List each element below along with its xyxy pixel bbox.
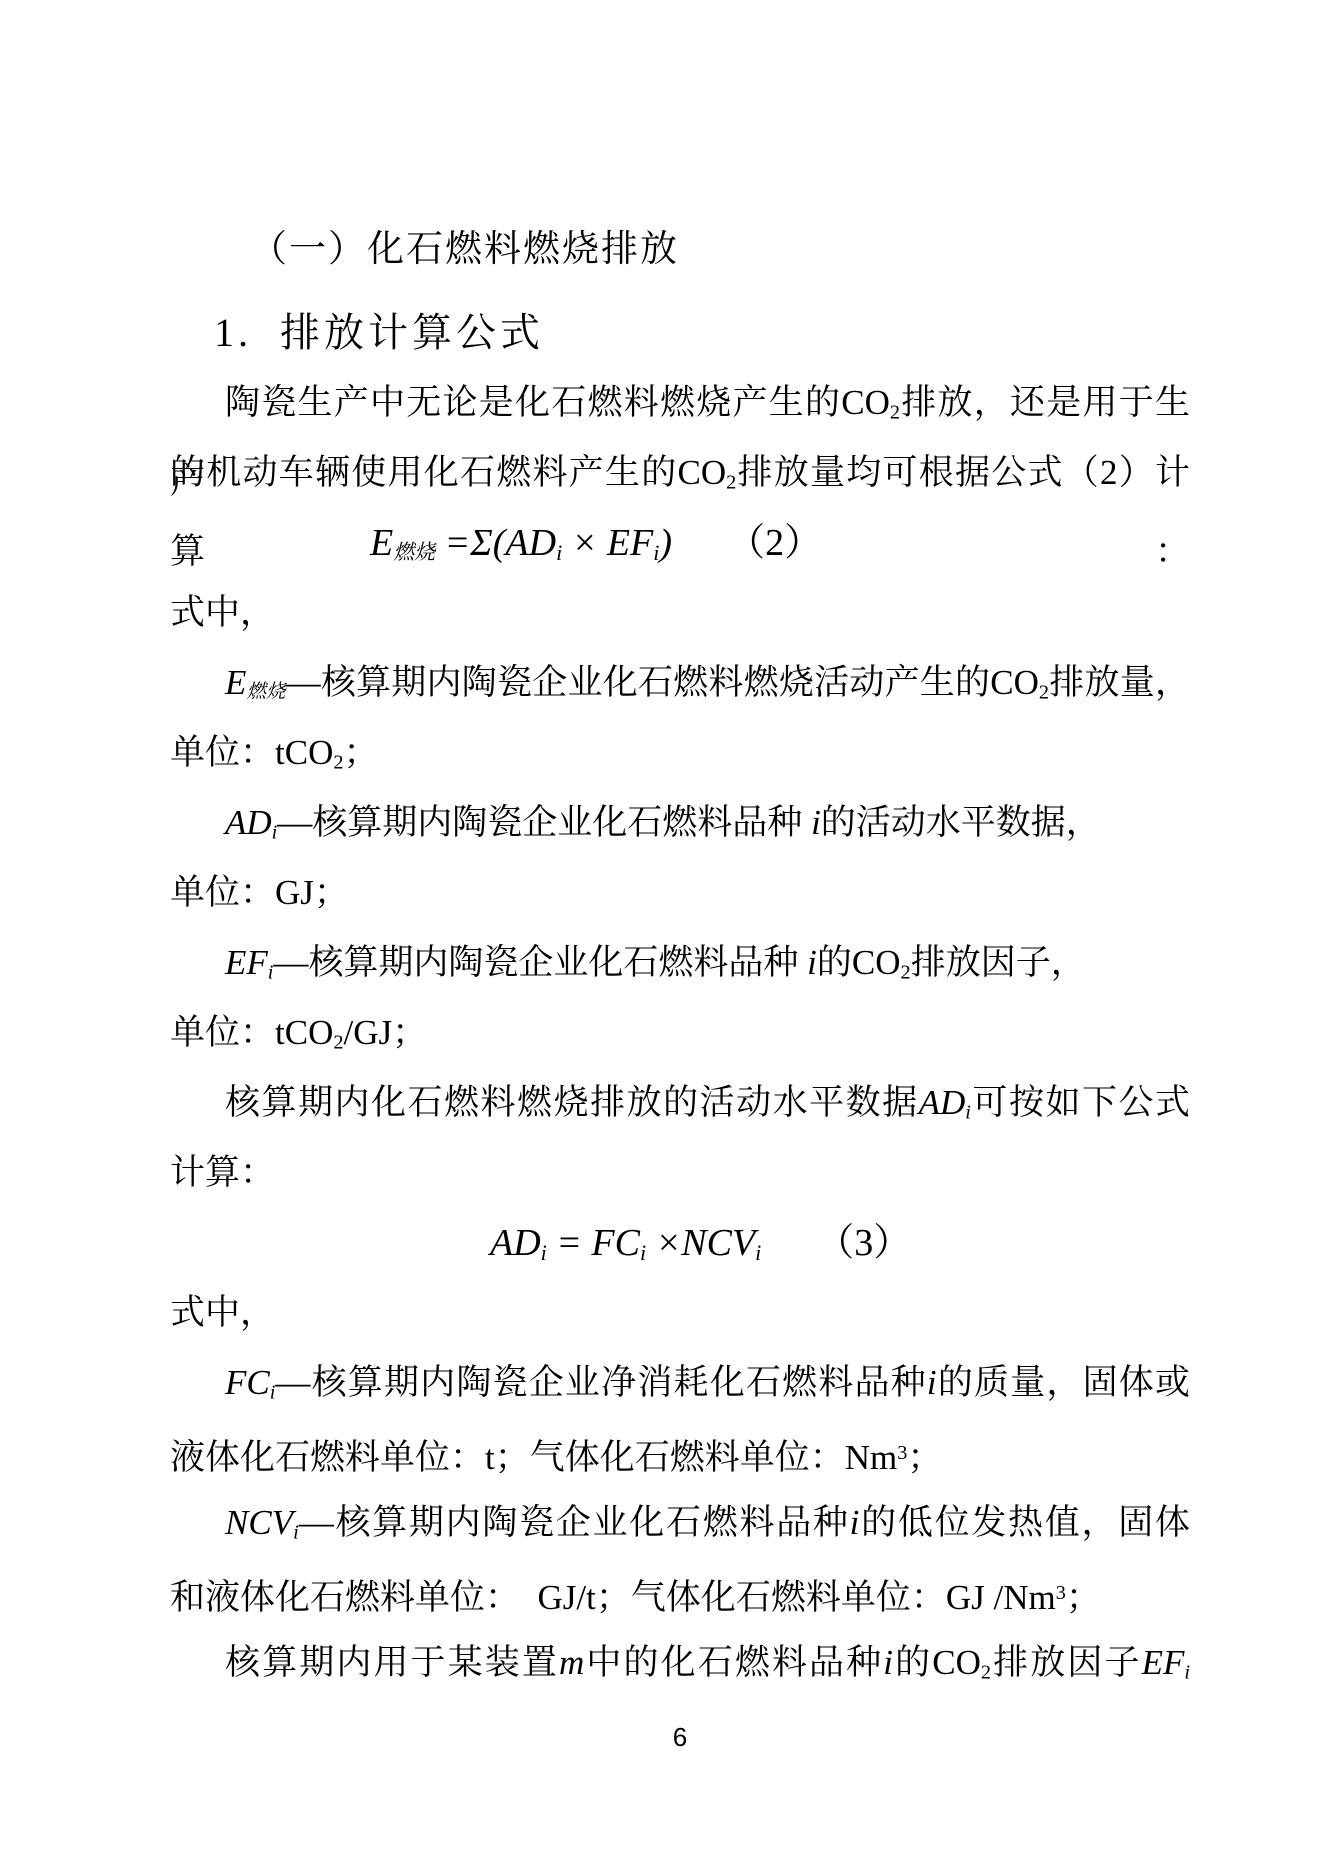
unit-line-tco2-gj: 单位：tCO2/GJ； [170,998,1190,1068]
unit-line-heat-value: 和液体化石燃料单位： GJ/t；气体化石燃料单位：GJ /Nm3； [170,1558,1190,1628]
body-line: 核算期内化石燃料燃烧排放的活动水平数据ADi可按如下公式 [170,1068,1190,1138]
definition-line-e: E燃烧—核算期内陶瓷企业化石燃料燃烧活动产生的CO2排放量， [170,648,1190,718]
subsection-heading: 1. 排放计算公式 [170,298,1190,368]
unit-line-fuel-mass: 液体化石燃料单位：t；气体化石燃料单位：Nm3； [170,1418,1190,1488]
document-page: （一）化石燃料燃烧排放 1. 排放计算公式 陶瓷生产中无论是化石燃料燃烧产生的C… [0,0,1323,1871]
page-number: 6 [170,1712,1190,1762]
unit-line-tco2: 单位：tCO2； [170,718,1190,788]
body-line: 核算期内用于某装置m中的化石燃料品种i的CO2排放因子EFi [170,1628,1190,1698]
definition-line-fc: FCi—核算期内陶瓷企业净消耗化石燃料品种i的质量，固体或 [170,1348,1190,1418]
definition-line-ad: ADi—核算期内陶瓷企业化石燃料品种 i的活动水平数据， [170,788,1190,858]
unit-line-gj: 单位：GJ； [170,858,1190,928]
formula-equation-3: ADi = FCi ×NCVi（3） [170,1208,1190,1278]
formula-equation-2: E燃烧 =Σ(ADi × EFi)（2） [170,508,1190,578]
body-line: 的机动车辆使用化石燃料产生的CO2排放量均可根据公式（2）计算： [170,438,1190,508]
body-line-continuation: 计算： [170,1138,1190,1208]
section-heading: （一）化石燃料燃烧排放 [170,215,1190,285]
formula-intro-label: 式中， [170,1278,1190,1348]
body-line: 陶瓷生产中无论是化石燃料燃烧产生的CO2排放，还是用于生产 [170,368,1190,438]
formula-intro-label: 式中， [170,578,1190,648]
definition-line-ef: EFi—核算期内陶瓷企业化石燃料品种 i的CO2排放因子， [170,928,1190,998]
definition-line-ncv: NCVi—核算期内陶瓷企业化石燃料品种i的低位发热值，固体 [170,1488,1190,1558]
